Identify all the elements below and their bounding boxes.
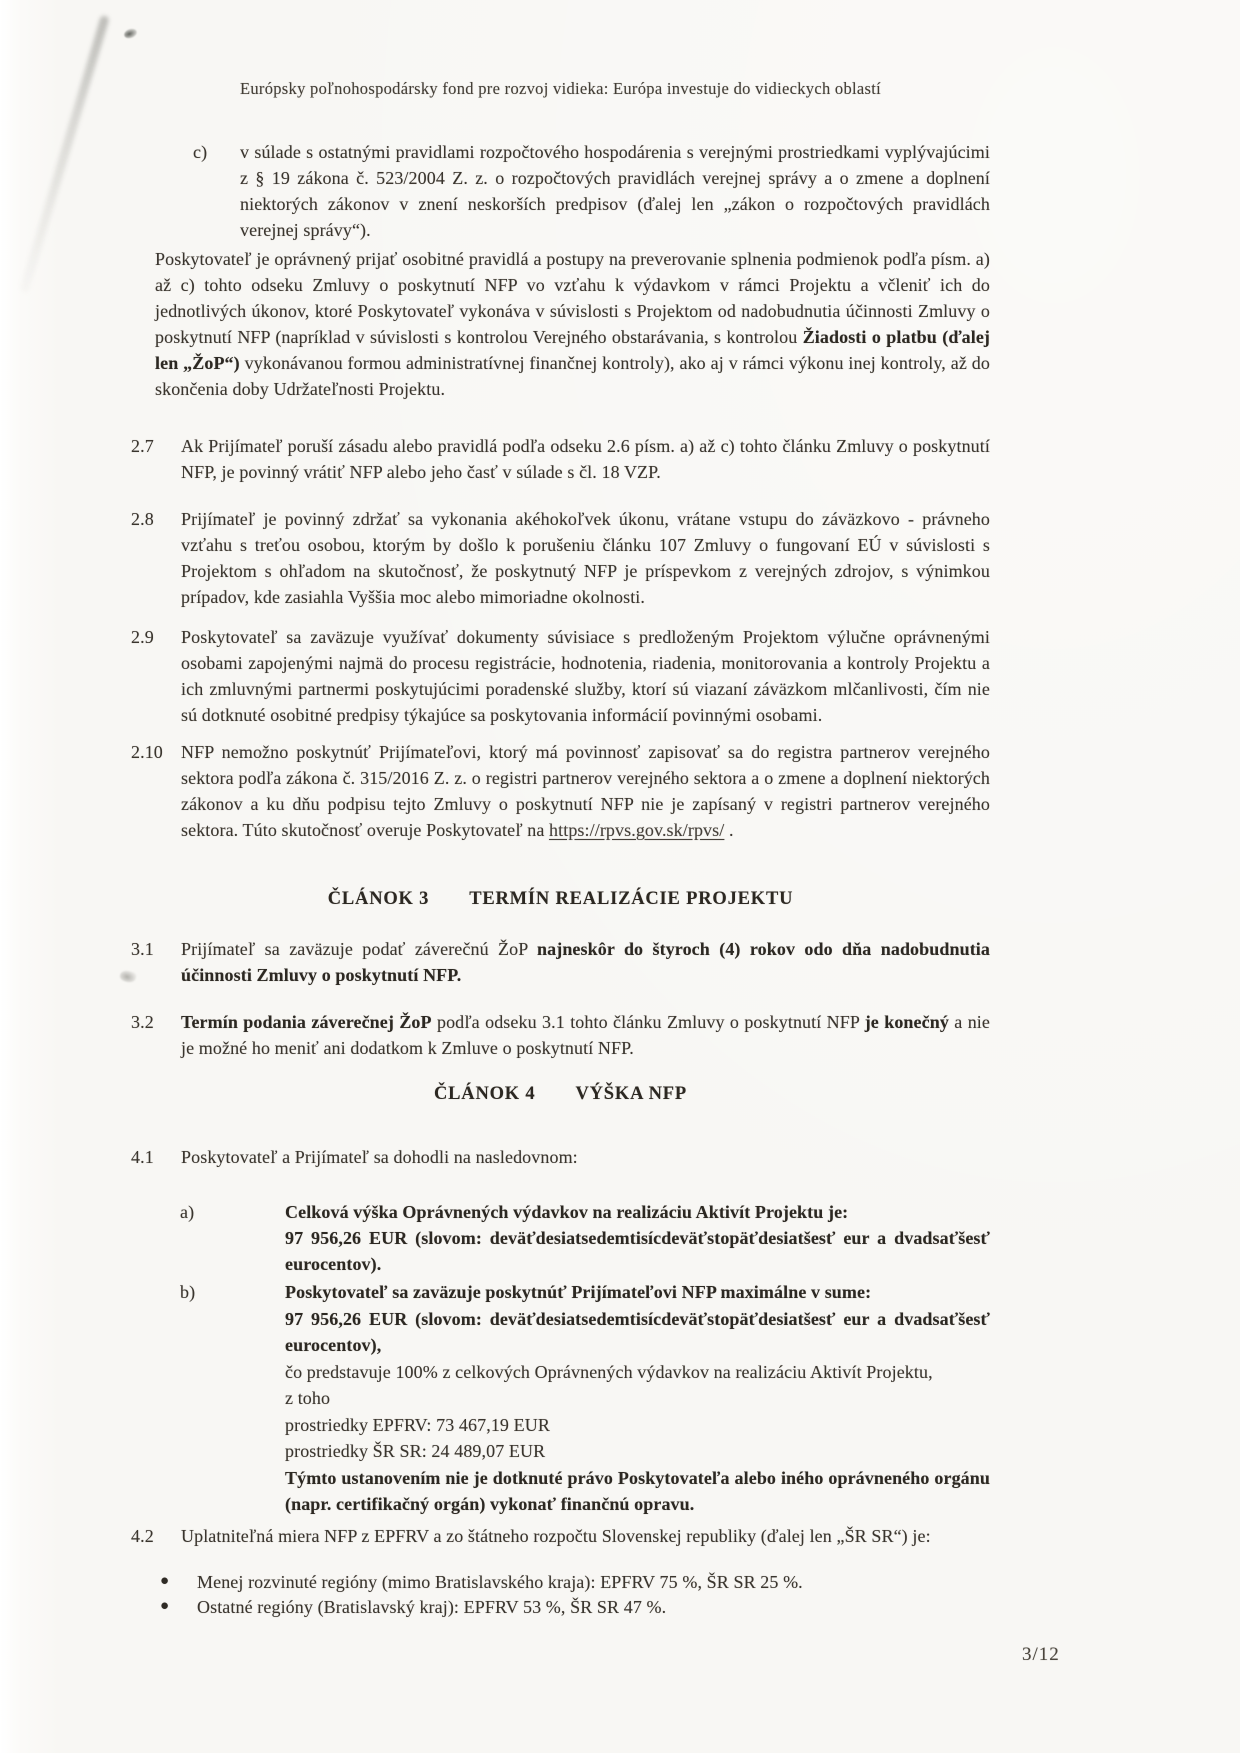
clause-c: c) v súlade s ostatnými pravidlami rozpo… (193, 139, 990, 243)
section-3-1-text: Prijímateľ sa zaväzuje podať záverečnú Ž… (181, 936, 990, 988)
clause-c-text: v súlade s ostatnými pravidlami rozpočto… (240, 139, 990, 243)
section-3-1-number: 3.1 (131, 936, 181, 962)
section-3-2-bold2: je konečný (865, 1012, 949, 1032)
clause-c-label: c) (193, 139, 240, 165)
item-b-line3: čo predstavuje 100% z celkových Oprávnen… (285, 1359, 990, 1386)
section-2-9-number: 2.9 (131, 624, 181, 650)
section-2-8-text: Prijímateľ je povinný zdržať sa vykonani… (181, 506, 990, 610)
section-2-9: 2.9 Poskytovateľ sa zaväzuje využívať do… (131, 624, 990, 728)
item-a-text: Celková výška Oprávnených výdavkov na re… (285, 1199, 990, 1277)
section-4-2: 4.2 Uplatniteľná miera NFP z EPFRV a zo … (131, 1523, 990, 1549)
page-number: 3/12 (1022, 1642, 1060, 1668)
section-2-10-seg2: . (724, 820, 733, 840)
section-2-7-text: Ak Prijímateľ poruší zásadu alebo pravid… (181, 433, 990, 485)
item-b-bold-line1: Poskytovateľ sa zaväzuje poskytnúť Prijí… (285, 1279, 990, 1306)
section-3-2-text: Termín podania záverečnej ŽoP podľa odse… (181, 1009, 990, 1061)
article-4-heading: ČLÁNOK 4VÝŠKA NFP (131, 1081, 990, 1107)
item-a-bold-line2: 97 956,26 EUR (slovom: deväťdesiatsedemt… (285, 1225, 990, 1277)
bullet-other-regions-text: Ostatné regióny (Bratislavský kraj): EPF… (197, 1594, 990, 1620)
section-2-10: 2.10 NFP nemožno poskytnúť Prijímateľovi… (131, 739, 990, 843)
section-2-8: 2.8 Prijímateľ je povinný zdržať sa vyko… (131, 506, 990, 610)
item-a: a) Celková výška Oprávnených výdavkov na… (180, 1199, 990, 1277)
paragraph-provider-seg2: vykonávanou formou administratívnej fina… (155, 353, 990, 399)
section-2-10-text: NFP nemožno poskytnúť Prijímateľovi, kto… (181, 739, 990, 843)
section-2-7-number: 2.7 (131, 433, 181, 459)
section-3-2-seg1: podľa odseku 3.1 tohto článku Zmluvy o p… (432, 1012, 865, 1032)
article-4-number: ČLÁNOK 4 (434, 1084, 535, 1104)
section-3-2-bold1: Termín podania záverečnej ŽoP (181, 1012, 432, 1032)
article-3-title: TERMÍN REALIZÁCIE PROJEKTU (469, 889, 793, 909)
section-2-7: 2.7 Ak Prijímateľ poruší zásadu alebo pr… (131, 433, 990, 485)
item-a-bold-line1: Celková výška Oprávnených výdavkov na re… (285, 1199, 990, 1225)
bullet-icon: ● (155, 1594, 197, 1619)
item-b-line5-epfrv-amount: prostriedky EPFRV: 73 467,19 EUR (285, 1412, 990, 1439)
article-4-title: VÝŠKA NFP (575, 1084, 687, 1104)
section-4-1-text: Poskytovateľ a Prijímateľ sa dohodli na … (181, 1144, 990, 1170)
item-b-bold-line7: Týmto ustanovením nie je dotknuté právo … (285, 1465, 990, 1518)
bullet-icon: ● (155, 1569, 197, 1594)
item-a-label: a) (180, 1199, 285, 1225)
bullet-less-developed-text: Menej rozvinuté regióny (mimo Bratislavs… (197, 1569, 990, 1595)
bullet-other-regions: ● Ostatné regióny (Bratislavský kraj): E… (155, 1594, 990, 1620)
item-b-line4: z toho (285, 1385, 990, 1412)
section-2-10-number: 2.10 (131, 739, 181, 765)
section-2-8-number: 2.8 (131, 506, 181, 532)
item-b-label: b) (180, 1279, 285, 1306)
paragraph-provider-rules: Poskytovateľ je oprávnený prijať osobitn… (155, 246, 990, 402)
scan-fold-artifact (19, 15, 109, 294)
section-3-1: 3.1 Prijímateľ sa zaväzuje podať závereč… (131, 936, 990, 988)
ink-speck-artifact (123, 27, 138, 40)
page-header: Európsky poľnohospodársky fond pre rozvo… (131, 76, 990, 102)
item-b-text: Poskytovateľ sa zaväzuje poskytnúť Prijí… (285, 1279, 990, 1518)
section-2-9-text: Poskytovateľ sa zaväzuje využívať dokume… (181, 624, 990, 728)
section-4-1-number: 4.1 (131, 1144, 181, 1170)
section-4-1: 4.1 Poskytovateľ a Prijímateľ sa dohodli… (131, 1144, 990, 1170)
rpvs-url-link: https://rpvs.gov.sk/rpvs/ (549, 820, 724, 840)
section-3-1-seg1: Prijímateľ sa zaväzuje podať záverečnú Ž… (181, 939, 537, 959)
item-b: b) Poskytovateľ sa zaväzuje poskytnúť Pr… (180, 1279, 990, 1518)
section-4-2-text: Uplatniteľná miera NFP z EPFRV a zo štát… (181, 1523, 990, 1549)
section-4-2-number: 4.2 (131, 1523, 181, 1549)
section-3-2: 3.2 Termín podania záverečnej ŽoP podľa … (131, 1009, 990, 1061)
article-3-number: ČLÁNOK 3 (328, 889, 429, 909)
item-b-bold-line2: 97 956,26 EUR (slovom: deväťdesiatsedemt… (285, 1306, 990, 1359)
scanned-contract-page: Európsky poľnohospodársky fond pre rozvo… (0, 0, 1240, 1753)
section-3-2-number: 3.2 (131, 1009, 181, 1035)
article-3-heading: ČLÁNOK 3TERMÍN REALIZÁCIE PROJEKTU (131, 886, 990, 912)
item-b-line6-srsr-amount: prostriedky ŠR SR: 24 489,07 EUR (285, 1438, 990, 1465)
bullet-less-developed-regions: ● Menej rozvinuté regióny (mimo Bratisla… (155, 1569, 990, 1595)
